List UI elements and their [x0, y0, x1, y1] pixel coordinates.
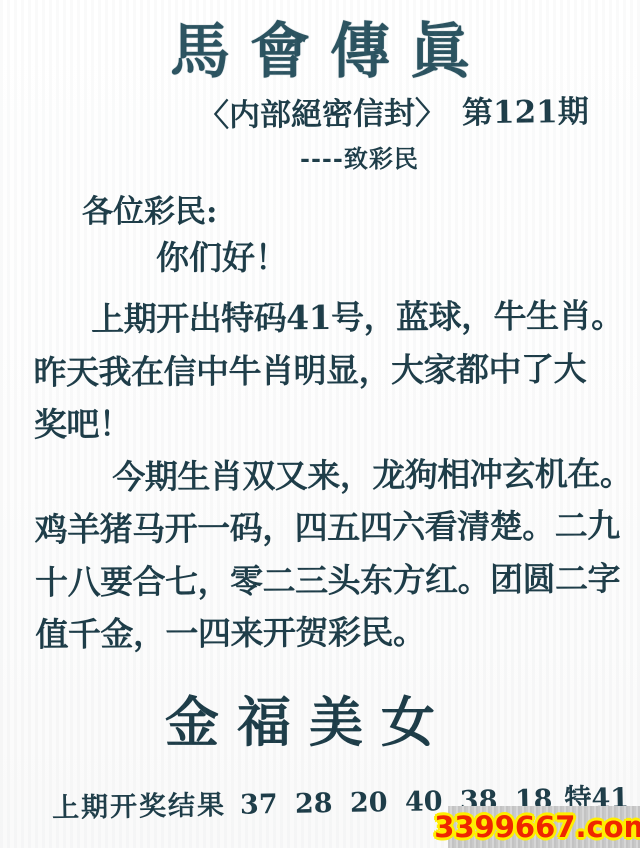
paragraph2-line1: 今期生肖双又来，龙狗相冲玄机在。 [34, 447, 620, 504]
fax-document-page: 馬會傳眞 〈内部絕密信封〉第121期 ----致彩民 各位彩民: 你们好！ 上期… [0, 0, 640, 848]
envelope-label: 〈内部絕密信封〉 [198, 95, 446, 134]
greeting: 你们好！ [156, 232, 288, 279]
paragraph1-line3: 奖吧！ [34, 395, 620, 452]
paragraph2-line2: 鸡羊猪马开一码，四五四六看清楚。二九 [34, 500, 620, 557]
paragraph1-line2: 昨天我在信中牛肖明显，大家都中了大 [33, 342, 619, 399]
issue-number: 第121期 [462, 94, 589, 131]
signature-name: 金福美女 [0, 680, 640, 757]
watermark-band: 3399667.com [448, 806, 640, 848]
result-label: 上期开奖结果 [52, 790, 227, 824]
watermark-url: 3399667.com [434, 810, 640, 844]
paragraph2-line3: 十八要合七，零二三头东方红。团圆二字 [35, 552, 621, 609]
subtitle-row: 〈内部絕密信封〉第121期 [198, 86, 589, 135]
document-title: 馬會傳眞 [0, 4, 640, 90]
paragraph2-line4: 值千金，一四来开贺彩民。 [35, 605, 621, 662]
dedication-line: ----致彩民 [300, 139, 419, 174]
paragraph1-line1: 上期开出特码41号，蓝球，牛生肖。 [33, 290, 619, 347]
letter-body: 上期开出特码41号，蓝球，牛生肖。 昨天我在信中牛肖明显，大家都中了大 奖吧！ … [33, 290, 622, 662]
salutation: 各位彩民: [82, 186, 217, 231]
